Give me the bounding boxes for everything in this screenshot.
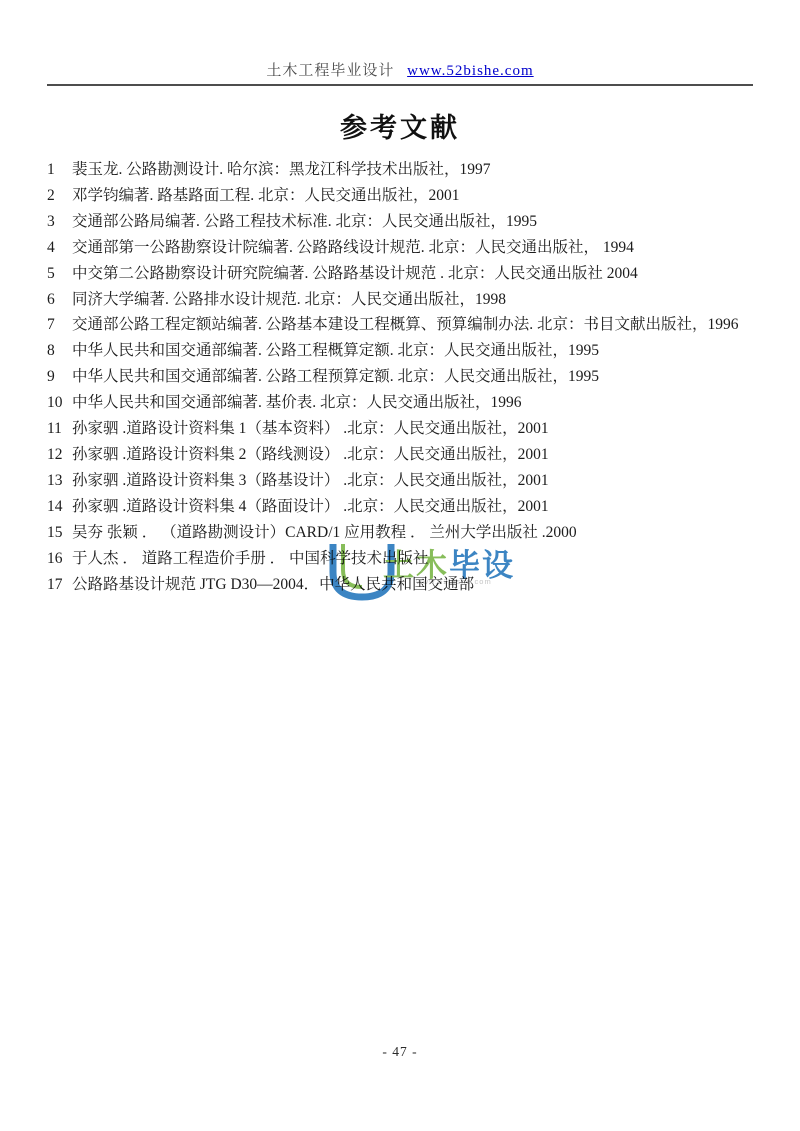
reference-item: 17 公路路基设计规范 JTG D30—2004．中华人民共和国交通部 [47, 572, 755, 598]
reference-text: 于人杰 ． 道路工程造价手册 ． 中国科学技术出版社 [72, 546, 755, 572]
reference-item: 1 裴玉龙. 公路勘测设计. 哈尔滨：黑龙江科学技术出版社，1997 [47, 157, 755, 183]
reference-number: 12 [47, 442, 72, 468]
reference-text: 吴夯 张颖 ． （道路勘测设计）CARD/1 应用教程 ． 兰州大学出版社 .2… [72, 520, 755, 546]
reference-item: 6 同济大学编著. 公路排水设计规范. 北京：人民交通出版社，1998 [47, 287, 755, 313]
reference-number: 14 [47, 494, 72, 520]
reference-number: 10 [47, 390, 72, 416]
reference-item: 9 中华人民共和国交通部编著. 公路工程预算定额. 北京：人民交通出版社，199… [47, 364, 755, 390]
reference-item: 13 孙家驷 .道路设计资料集 3（路基设计） .北京：人民交通出版社，2001 [47, 468, 755, 494]
page-number: - 47 - [0, 1044, 800, 1060]
header-site-link[interactable]: www.52bishe.com [407, 63, 534, 79]
reference-item: 4 交通部第一公路勘察设计院编著. 公路路线设计规范. 北京：人民交通出版社， … [47, 235, 755, 261]
reference-item: 15 吴夯 张颖 ． （道路勘测设计）CARD/1 应用教程 ． 兰州大学出版社… [47, 520, 755, 546]
document-page: 土木工程毕业设计 www.52bishe.com 参考文献 1 裴玉龙. 公路勘… [0, 0, 800, 1131]
reference-item: 11 孙家驷 .道路设计资料集 1（基本资料） .北京：人民交通出版社，2001 [47, 416, 755, 442]
reference-text: 中交第二公路勘察设计研究院编著. 公路路基设计规范 . 北京：人民交通出版社 2… [72, 261, 755, 287]
reference-number: 2 [47, 183, 72, 209]
reference-text: 中华人民共和国交通部编著. 公路工程预算定额. 北京：人民交通出版社，1995 [72, 364, 755, 390]
reference-item: 16 于人杰 ． 道路工程造价手册 ． 中国科学技术出版社 [47, 546, 755, 572]
reference-text: 孙家驷 .道路设计资料集 2（路线测设） .北京：人民交通出版社，2001 [72, 442, 755, 468]
reference-text: 同济大学编著. 公路排水设计规范. 北京：人民交通出版社，1998 [72, 287, 755, 313]
reference-number: 8 [47, 338, 72, 364]
reference-item: 10 中华人民共和国交通部编著. 基价表. 北京：人民交通出版社，1996 [47, 390, 755, 416]
reference-text: 交通部公路工程定额站编著. 公路基本建设工程概算、预算编制办法. 北京：书目文献… [72, 312, 755, 338]
reference-item: 14 孙家驷 .道路设计资料集 4（路面设计） .北京：人民交通出版社，2001 [47, 494, 755, 520]
reference-number: 6 [47, 287, 72, 313]
reference-text: 中华人民共和国交通部编著. 公路工程概算定额. 北京：人民交通出版社，1995 [72, 338, 755, 364]
reference-number: 7 [47, 312, 72, 338]
reference-number: 4 [47, 235, 72, 261]
reference-text: 交通部第一公路勘察设计院编著. 公路路线设计规范. 北京：人民交通出版社， 19… [72, 235, 755, 261]
reference-number: 16 [47, 546, 72, 572]
header-divider [47, 84, 753, 86]
reference-text: 交通部公路局编著. 公路工程技术标准. 北京：人民交通出版社，1995 [72, 209, 755, 235]
reference-list: 1 裴玉龙. 公路勘测设计. 哈尔滨：黑龙江科学技术出版社，1997 2 邓学钧… [47, 157, 755, 597]
page-header: 土木工程毕业设计 www.52bishe.com [0, 59, 800, 80]
header-site-label: 土木工程毕业设计 [266, 63, 394, 79]
reference-item: 7 交通部公路工程定额站编著. 公路基本建设工程概算、预算编制办法. 北京：书目… [47, 312, 755, 338]
reference-number: 5 [47, 261, 72, 287]
reference-text: 裴玉龙. 公路勘测设计. 哈尔滨：黑龙江科学技术出版社，1997 [72, 157, 755, 183]
reference-text: 孙家驷 .道路设计资料集 3（路基设计） .北京：人民交通出版社，2001 [72, 468, 755, 494]
reference-item: 12 孙家驷 .道路设计资料集 2（路线测设） .北京：人民交通出版社，2001 [47, 442, 755, 468]
reference-item: 5 中交第二公路勘察设计研究院编著. 公路路基设计规范 . 北京：人民交通出版社… [47, 261, 755, 287]
reference-item: 8 中华人民共和国交通部编著. 公路工程概算定额. 北京：人民交通出版社，199… [47, 338, 755, 364]
reference-item: 3 交通部公路局编著. 公路工程技术标准. 北京：人民交通出版社，1995 [47, 209, 755, 235]
reference-number: 15 [47, 520, 72, 546]
reference-item: 2 邓学钧编著. 路基路面工程. 北京：人民交通出版社，2001 [47, 183, 755, 209]
reference-number: 13 [47, 468, 72, 494]
reference-text: 孙家驷 .道路设计资料集 4（路面设计） .北京：人民交通出版社，2001 [72, 494, 755, 520]
reference-number: 1 [47, 157, 72, 183]
reference-text: 孙家驷 .道路设计资料集 1（基本资料） .北京：人民交通出版社，2001 [72, 416, 755, 442]
page-title: 参考文献 [0, 106, 800, 145]
reference-number: 17 [47, 572, 72, 598]
reference-text: 公路路基设计规范 JTG D30—2004．中华人民共和国交通部 [72, 572, 755, 598]
reference-number: 3 [47, 209, 72, 235]
reference-text: 中华人民共和国交通部编著. 基价表. 北京：人民交通出版社，1996 [72, 390, 755, 416]
reference-text: 邓学钧编著. 路基路面工程. 北京：人民交通出版社，2001 [72, 183, 755, 209]
reference-number: 9 [47, 364, 72, 390]
reference-number: 11 [47, 416, 72, 442]
